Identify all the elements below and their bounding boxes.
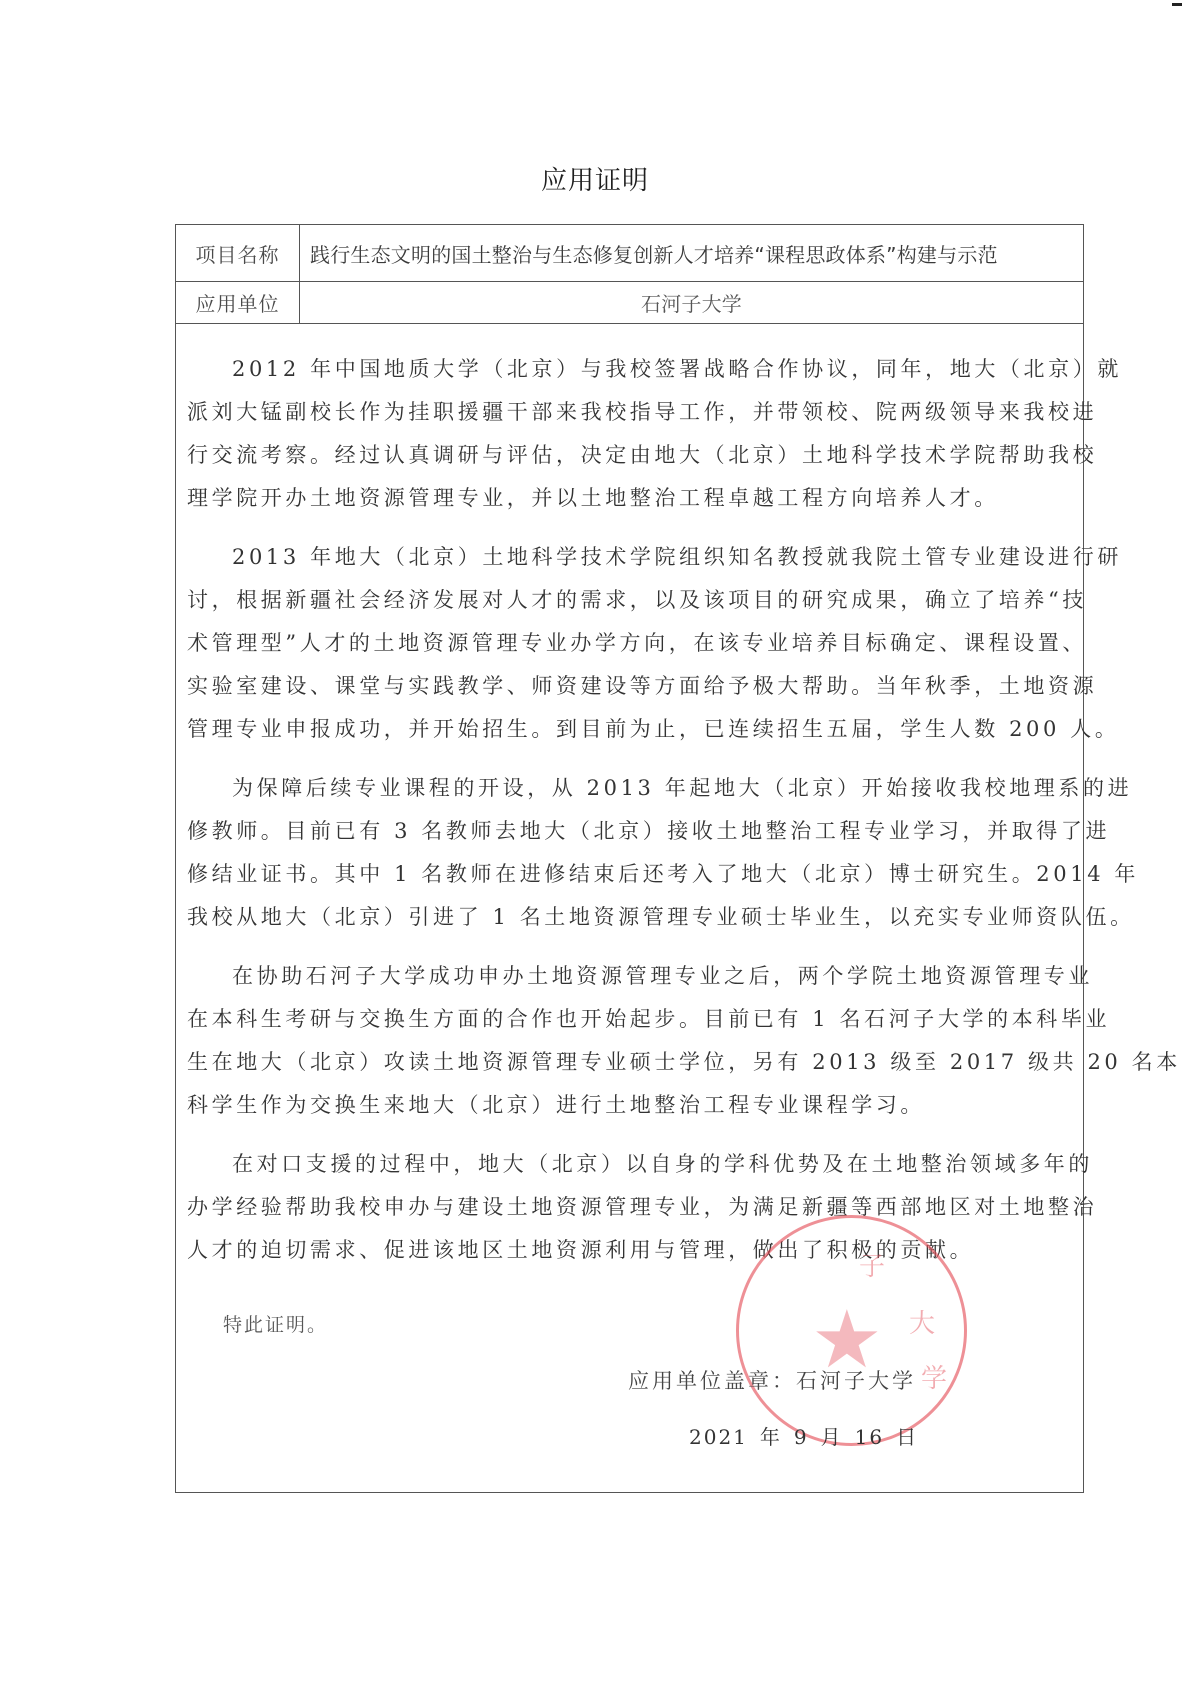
paragraph-line: 为保障后续专业课程的开设，从 2013 年起地大（北京）开始接收我校地理系的进 [187,767,1067,810]
paragraph-line: 管理专业申报成功，并开始招生。到目前为止，已连续招生五届，学生人数 200 人。 [187,708,1067,751]
paragraph-line: 办学经验帮助我校申办与建设土地资源管理专业，为满足新疆等西部地区对土地整治 [187,1186,1067,1229]
paragraph-line: 人才的迫切需求、促进该地区土地资源利用与管理，做出了积极的贡献。 [187,1229,1067,1272]
project-name-row: 项目名称 践行生态文明的国土整治与生态修复创新人才培养“课程思政体系”构建与示范 [176,225,1083,282]
closing-statement: 特此证明。 [223,1310,328,1337]
paragraph-5: 在对口支援的过程中，地大（北京）以自身的学科优势及在土地整治领域多年的 办学经验… [187,1143,1067,1272]
paragraph-line: 在协助石河子大学成功申办土地资源管理专业之后，两个学院土地资源管理专业 [187,955,1067,998]
certificate-body: 2012 年中国地质大学（北京）与我校签署战略合作协议，同年，地大（北京）就 派… [187,348,1067,1288]
paragraph-3: 为保障后续专业课程的开设，从 2013 年起地大（北京）开始接收我校地理系的进 … [187,767,1067,939]
date-day-unit: 日 [896,1425,918,1449]
date-day: 16 [855,1425,884,1449]
paragraph-line: 修结业证书。其中 1 名教师在进修结束后还考入了地大（北京）博士研究生。2014… [187,853,1067,896]
paragraph-line: 理学院开办土地资源管理专业，并以土地整治工程卓越工程方向培养人才。 [187,477,1067,520]
paragraph-line: 术管理型”人才的土地资源管理专业办学方向，在该专业培养目标确定、课程设置、 [187,622,1067,665]
paragraph-line: 2012 年中国地质大学（北京）与我校签署战略合作协议，同年，地大（北京）就 [187,348,1067,391]
paragraph-line: 在对口支援的过程中，地大（北京）以自身的学科优势及在土地整治领域多年的 [187,1143,1067,1186]
date-year-unit: 年 [760,1425,782,1449]
signature-line: 应用单位盖章：石河子大学 [628,1365,916,1395]
seal-text: 大 [909,1303,935,1340]
paragraph-line: 派刘大锰副校长作为挂职援疆干部来我校指导工作，并带领校、院两级领导来我校进 [187,391,1067,434]
paragraph-2: 2013 年地大（北京）土地科学技术学院组织知名教授就我院土管专业建设进行研 讨… [187,536,1067,751]
scan-corner-mark [1172,3,1182,6]
date-year: 2021 [689,1425,748,1449]
date-month: 9 [794,1425,809,1449]
paragraph-line: 行交流考察。经过认真调研与评估，决定由地大（北京）土地科学技术学院帮助我校 [187,434,1067,477]
date-month-unit: 月 [821,1425,843,1449]
paragraph-4: 在协助石河子大学成功申办土地资源管理专业之后，两个学院土地资源管理专业 在本科生… [187,955,1067,1127]
project-name-label: 项目名称 [176,225,300,281]
paragraph-line: 科学生作为交换生来地大（北京）进行土地整治工程专业课程学习。 [187,1084,1067,1127]
project-name-value: 践行生态文明的国土整治与生态修复创新人才培养“课程思政体系”构建与示范 [300,225,1083,281]
document-title: 应用证明 [0,160,1190,197]
application-unit-label: 应用单位 [176,282,300,323]
seal-text: 学 [921,1358,947,1395]
paragraph-line: 在本科生考研与交换生方面的合作也开始起步。目前已有 1 名石河子大学的本科毕业 [187,998,1067,1041]
paragraph-line: 生在地大（北京）攻读土地资源管理专业硕士学位，另有 2013 级至 2017 级… [187,1041,1067,1084]
application-unit-row: 应用单位 石河子大学 [176,282,1083,324]
paragraph-line: 实验室建设、课堂与实践教学、师资建设等方面给予极大帮助。当年秋季，土地资源 [187,665,1067,708]
paragraph-line: 2013 年地大（北京）土地科学技术学院组织知名教授就我院土管专业建设进行研 [187,536,1067,579]
application-unit-value: 石河子大学 [300,282,1083,323]
paragraph-1: 2012 年中国地质大学（北京）与我校签署战略合作协议，同年，地大（北京）就 派… [187,348,1067,520]
certificate-frame: 项目名称 践行生态文明的国土整治与生态修复创新人才培养“课程思政体系”构建与示范… [175,224,1084,1493]
signature-date: 2021年9月16日 [689,1421,930,1450]
paragraph-line: 我校从地大（北京）引进了 1 名土地资源管理专业硕士毕业生，以充实专业师资队伍。 [187,896,1067,939]
paragraph-line: 修教师。目前已有 3 名教师去地大（北京）接收土地整治工程专业学习，并取得了进 [187,810,1067,853]
paragraph-line: 讨，根据新疆社会经济发展对人才的需求，以及该项目的研究成果，确立了培养“技 [187,579,1067,622]
